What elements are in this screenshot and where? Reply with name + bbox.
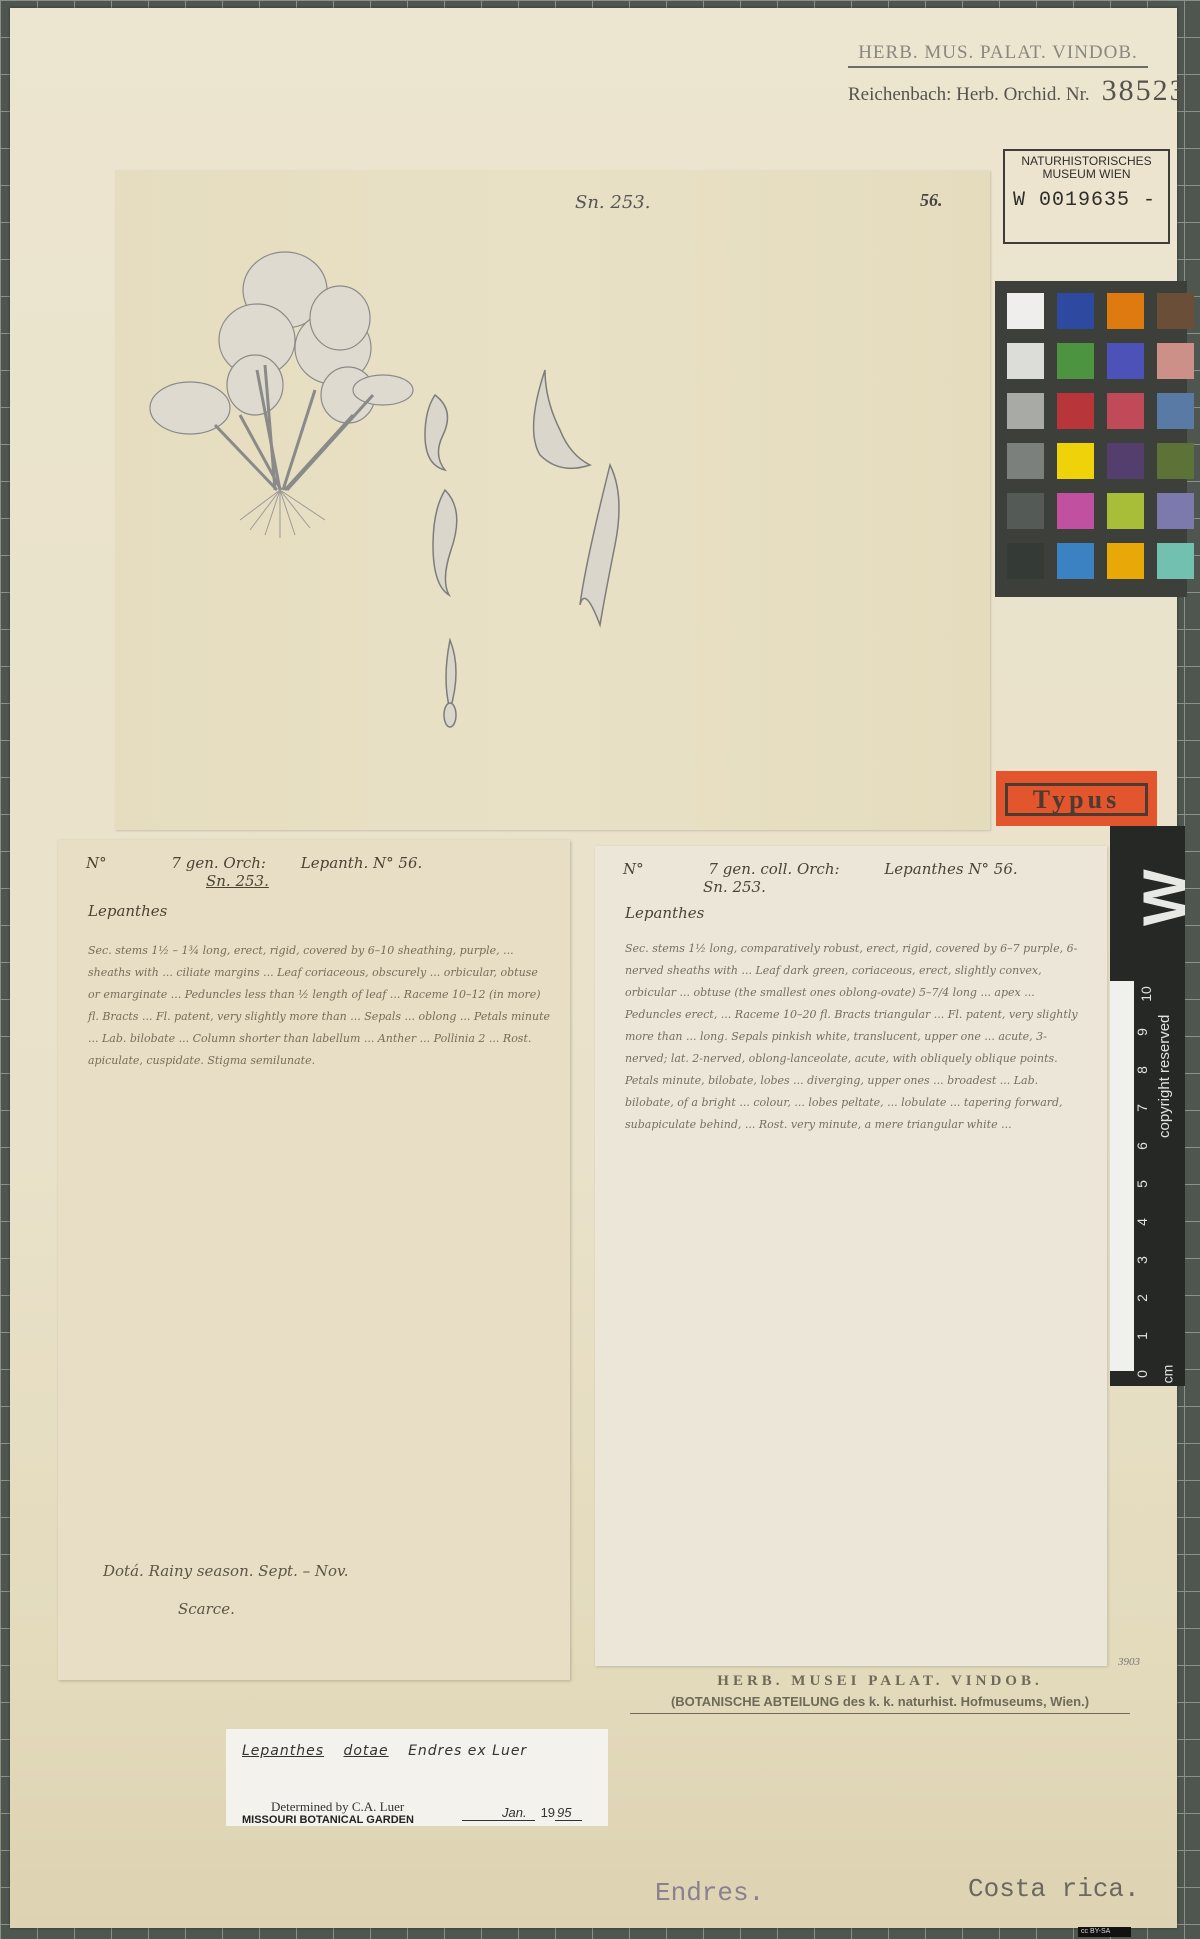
herbarium-label-subtitle: (BOTANISCHE ABTEILUNG des k. k. naturhis… bbox=[630, 1694, 1130, 1714]
herbarium-label-title: HERB. MUSEI PALAT. VINDOB. bbox=[630, 1673, 1130, 1690]
herbarium-label: HERB. MUSEI PALAT. VINDOB. (BOTANISCHE A… bbox=[630, 1673, 1130, 1714]
scale-ticks bbox=[1110, 981, 1134, 1371]
scale-tick-label: 2 bbox=[1134, 1294, 1150, 1302]
color-swatch bbox=[1057, 543, 1094, 579]
color-swatch bbox=[1007, 443, 1044, 479]
scale-unit: cm bbox=[1159, 1365, 1175, 1384]
color-swatch bbox=[1007, 493, 1044, 529]
stamp-collection: Reichenbach: Herb. Orchid. Nr. bbox=[848, 84, 1090, 105]
color-swatch bbox=[1157, 543, 1194, 579]
license-badge: cc BY-SA bbox=[1078, 1927, 1131, 1937]
museum-title: NATURHISTORISCHES MUSEUM WIEN bbox=[1005, 155, 1168, 181]
color-swatch bbox=[1107, 493, 1144, 529]
color-swatch bbox=[1057, 343, 1094, 379]
note-number-label: N° bbox=[86, 854, 107, 872]
scale-tick-label: 8 bbox=[1134, 1066, 1150, 1074]
pencil-number: 3903 bbox=[1118, 1656, 1140, 1668]
color-swatch bbox=[1007, 343, 1044, 379]
color-swatch bbox=[1057, 493, 1094, 529]
collector-stamp: Endres. bbox=[655, 1878, 764, 1908]
color-swatch bbox=[1057, 443, 1094, 479]
det-year-suffix: 95 bbox=[555, 1805, 581, 1821]
note-species-number: Lepanth. N° 56. bbox=[301, 854, 423, 872]
det-authority: Endres ex Luer bbox=[408, 1743, 527, 1759]
color-swatch bbox=[1107, 393, 1144, 429]
note-body: Sec. stems 1½ long, comparatively robust… bbox=[625, 938, 1089, 1136]
color-swatch bbox=[1007, 393, 1044, 429]
color-swatch bbox=[1157, 293, 1194, 329]
scale-tick-label: 0 bbox=[1134, 1370, 1150, 1378]
note-reference: Sn. 253. bbox=[206, 872, 550, 890]
scale-tick-label: 9 bbox=[1134, 1028, 1150, 1036]
note-species-number: Lepanthes N° 56. bbox=[884, 860, 1017, 878]
color-swatch bbox=[1007, 293, 1044, 329]
color-swatch bbox=[1107, 443, 1144, 479]
note-genus: Lepanthes bbox=[88, 902, 167, 920]
color-swatch bbox=[1157, 393, 1194, 429]
note-genus: Lepanthes bbox=[625, 904, 704, 922]
scale-tick-label: 5 bbox=[1134, 1180, 1150, 1188]
handwritten-description-left: N° 7 gen. Orch: Lepanth. N° 56. Sn. 253.… bbox=[58, 840, 570, 1680]
color-swatch bbox=[1107, 293, 1144, 329]
note-category: 7 gen. coll. Orch: bbox=[708, 860, 839, 878]
scale-tick-label: 7 bbox=[1134, 1104, 1150, 1112]
orchid-illustration bbox=[115, 170, 990, 830]
scale-tick-label: 3 bbox=[1134, 1256, 1150, 1264]
det-genus: Lepanthes bbox=[242, 1743, 324, 1759]
scale-bar: W copyright reserved 012345678910cm bbox=[1110, 826, 1185, 1386]
determination-label: Lepanthes dotae Endres ex Luer Determine… bbox=[226, 1729, 608, 1826]
note-category: 7 gen. Orch: bbox=[171, 854, 266, 872]
scale-tick-label: 1 bbox=[1134, 1332, 1150, 1340]
color-swatch bbox=[1107, 543, 1144, 579]
museum-logo: W bbox=[1130, 869, 1199, 926]
det-institution: MISSOURI BOTANICAL GARDEN bbox=[242, 1814, 414, 1826]
scale-tick-label: 10 bbox=[1138, 986, 1154, 1002]
botanical-drawing: Sn. 253. 56. bbox=[115, 170, 990, 830]
locality-stamp: Costa rica. bbox=[968, 1874, 1140, 1904]
scale-tick-label: 4 bbox=[1134, 1218, 1150, 1226]
color-swatch bbox=[1157, 443, 1194, 479]
note-number-label: N° bbox=[623, 860, 644, 878]
color-swatch bbox=[1007, 543, 1044, 579]
typus-text: Typus bbox=[1005, 783, 1148, 816]
color-swatch bbox=[1157, 493, 1194, 529]
note-abundance: Scarce. bbox=[178, 1600, 235, 1618]
copyright-text: copyright reserved bbox=[1156, 1015, 1173, 1138]
museum-stamp: NATURHISTORISCHES MUSEUM WIEN W 0019635 … bbox=[1003, 149, 1170, 244]
det-determiner: Determined by C.A. Luer bbox=[271, 1799, 404, 1815]
color-calibration-card bbox=[995, 281, 1187, 597]
det-month: Jan. bbox=[462, 1805, 535, 1821]
scale-tick-label: 6 bbox=[1134, 1142, 1150, 1150]
det-species: dotae bbox=[343, 1743, 388, 1759]
note-body: Sec. stems 1½ – 1¾ long, erect, rigid, c… bbox=[88, 940, 552, 1072]
det-year-prefix: 19 bbox=[541, 1805, 555, 1820]
typus-label: Typus bbox=[996, 771, 1157, 826]
color-swatch bbox=[1057, 393, 1094, 429]
stamp-title: HERB. MUS. PALAT. VINDOB. bbox=[848, 42, 1148, 68]
color-swatch bbox=[1157, 343, 1194, 379]
barcode-id: W 0019635 - bbox=[1013, 189, 1168, 212]
herbarium-stamp: HERB. MUS. PALAT. VINDOB. Reichenbach: H… bbox=[848, 42, 1148, 108]
color-swatch bbox=[1057, 293, 1094, 329]
handwritten-description-right: N° 7 gen. coll. Orch: Lepanthes N° 56. S… bbox=[595, 846, 1107, 1666]
color-swatch bbox=[1107, 343, 1144, 379]
stamp-number: 38523 bbox=[1102, 74, 1187, 107]
note-locality: Dotá. Rainy season. Sept. – Nov. bbox=[103, 1562, 349, 1580]
herbarium-sheet: HERB. MUS. PALAT. VINDOB. Reichenbach: H… bbox=[10, 8, 1177, 1928]
note-reference: Sn. 253. bbox=[703, 878, 1087, 896]
